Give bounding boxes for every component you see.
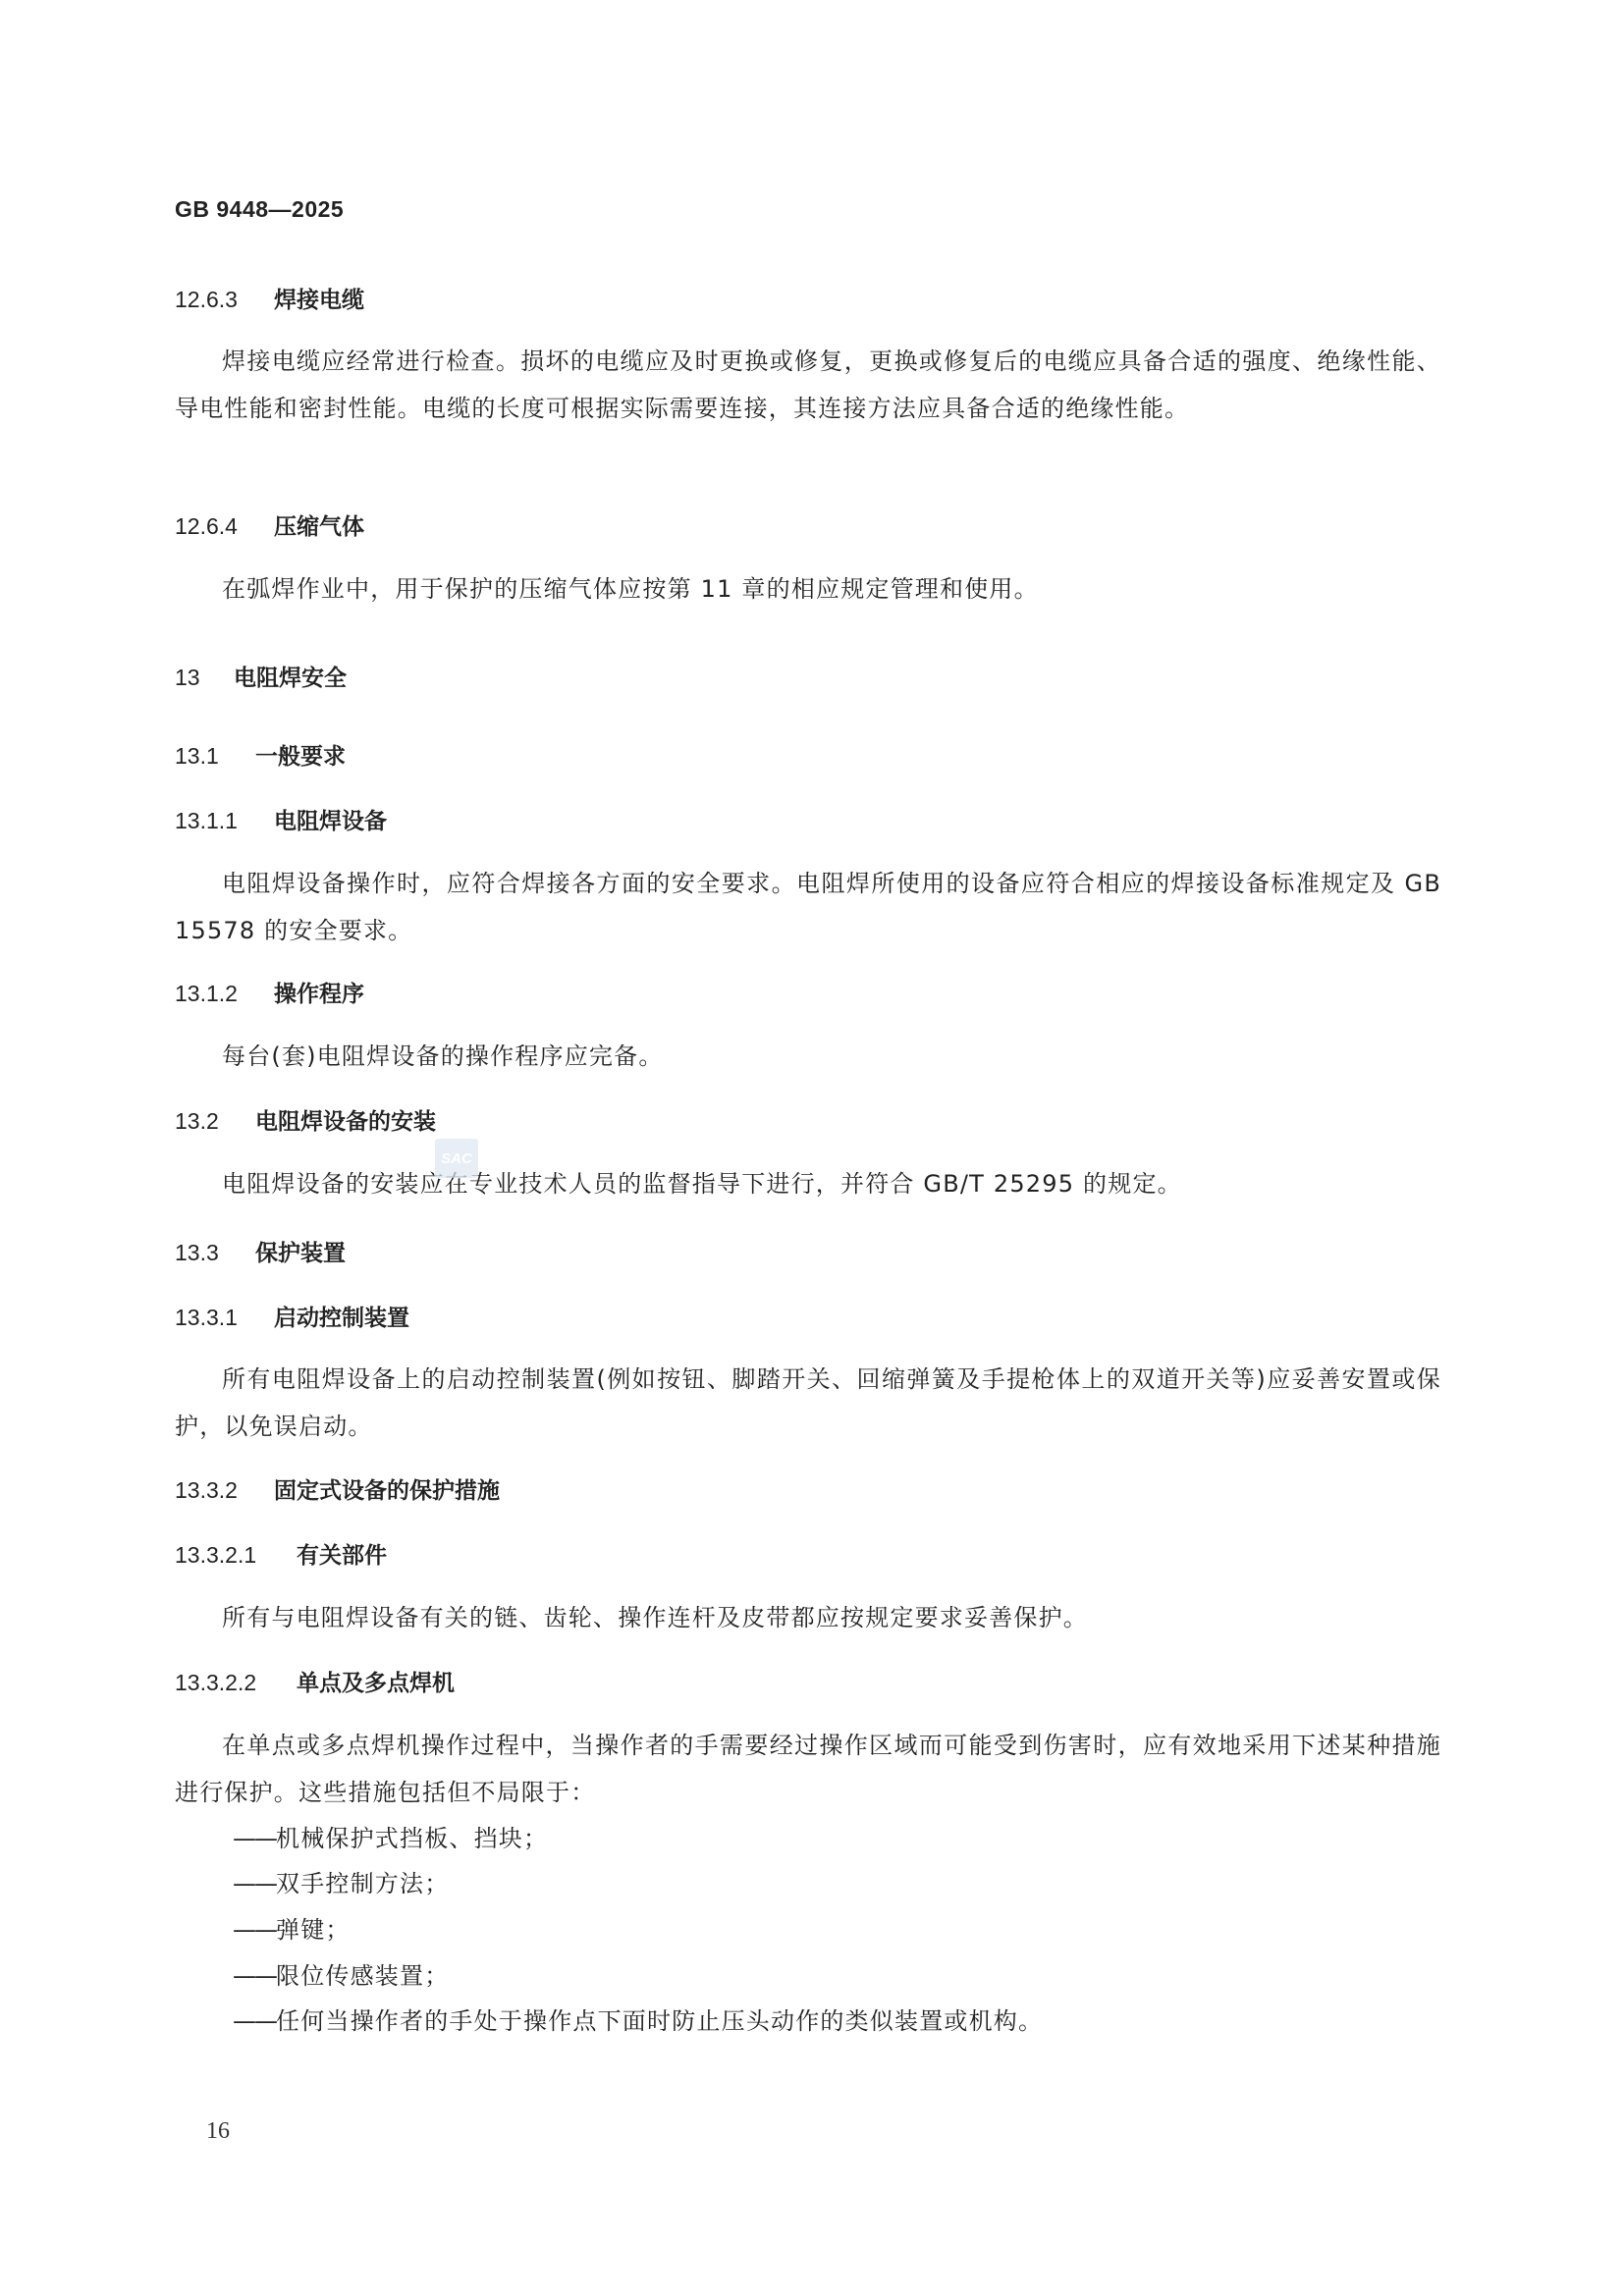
section-number: 13.3.2.2 <box>175 1670 297 1696</box>
paragraph: 电阻焊设备操作时，应符合焊接各方面的安全要求。电阻焊所使用的设备应符合相应的焊接… <box>175 860 1441 954</box>
section-13-3-2-1-body: 所有与电阻焊设备有关的链、齿轮、操作连杆及皮带都应按规定要求妥善保护。 <box>175 1594 1441 1641</box>
paragraph: 每台(套)电阻焊设备的操作程序应完备。 <box>175 1033 1441 1080</box>
list-dash: —— <box>233 2007 276 2035</box>
section-heading: 12.6.3焊接电缆 <box>175 282 1441 314</box>
section-12-6-3: 12.6.3焊接电缆 <box>175 282 1441 314</box>
list-dash: —— <box>233 1916 276 1944</box>
section-title: 一般要求 <box>255 738 346 771</box>
standard-id-header: GB 9448—2025 <box>175 196 344 223</box>
section-number: 13 <box>175 665 234 691</box>
section-number: 13.1.2 <box>175 981 274 1007</box>
section-13-3-1: 13.3.1启动控制装置 <box>175 1300 1441 1332</box>
section-13-3: 13.3保护装置 <box>175 1235 1441 1267</box>
section-title: 电阻焊安全 <box>234 660 347 692</box>
section-number: 13.2 <box>175 1108 255 1135</box>
section-number: 12.6.3 <box>175 287 274 313</box>
paragraph: 焊接电缆应经常进行检查。损坏的电缆应及时更换或修复，更换或修复后的电缆应具备合适… <box>175 338 1441 432</box>
page-number: 16 <box>206 2118 230 2145</box>
section-number: 13.3.2 <box>175 1477 274 1504</box>
section-title: 压缩气体 <box>274 508 364 541</box>
section-number: 12.6.4 <box>175 513 274 540</box>
section-heading: 13.1.2操作程序 <box>175 976 1441 1008</box>
section-heading: 13.3保护装置 <box>175 1235 1441 1267</box>
section-title: 启动控制装置 <box>274 1300 409 1332</box>
section-heading: 12.6.4压缩气体 <box>175 508 1441 541</box>
list-dash: —— <box>233 1962 276 1990</box>
section-title: 电阻焊设备的安装 <box>255 1103 436 1136</box>
section-13: 13电阻焊安全 <box>175 660 1441 692</box>
section-heading: 13.3.2.2单点及多点焊机 <box>175 1665 1441 1697</box>
section-heading: 13电阻焊安全 <box>175 660 1441 692</box>
section-13-3-2-2-body: 在单点或多点焊机操作过程中，当操作者的手需要经过操作区域而可能受到伤害时，应有效… <box>175 1722 1441 1816</box>
section-13-3-1-body: 所有电阻焊设备上的启动控制装置(例如按钮、脚踏开关、回缩弹簧及手提枪体上的双道开… <box>175 1356 1441 1450</box>
section-number: 13.3 <box>175 1240 255 1266</box>
section-heading: 13.3.1启动控制装置 <box>175 1300 1441 1332</box>
section-12-6-4: 12.6.4压缩气体 <box>175 508 1441 541</box>
section-title: 固定式设备的保护措施 <box>274 1472 500 1505</box>
paragraph: 所有与电阻焊设备有关的链、齿轮、操作连杆及皮带都应按规定要求妥善保护。 <box>175 1594 1441 1641</box>
section-title: 电阻焊设备 <box>274 803 387 835</box>
section-heading: 13.3.2.1有关部件 <box>175 1537 1441 1570</box>
section-13-1-1-body: 电阻焊设备操作时，应符合焊接各方面的安全要求。电阻焊所使用的设备应符合相应的焊接… <box>175 860 1441 954</box>
section-title: 操作程序 <box>274 976 364 1008</box>
paragraph: 所有电阻焊设备上的启动控制装置(例如按钮、脚踏开关、回缩弹簧及手提枪体上的双道开… <box>175 1356 1441 1450</box>
section-title: 保护装置 <box>255 1235 346 1267</box>
section-12-6-3-body: 焊接电缆应经常进行检查。损坏的电缆应及时更换或修复，更换或修复后的电缆应具备合适… <box>175 338 1441 432</box>
section-13-1: 13.1一般要求 <box>175 738 1441 771</box>
section-13-3-2: 13.3.2固定式设备的保护措施 <box>175 1472 1441 1505</box>
section-number: 13.1 <box>175 743 255 770</box>
section-13-2-body: 电阻焊设备的安装应在专业技术人员的监督指导下进行，并符合 GB/T 25295 … <box>175 1160 1441 1207</box>
section-number: 13.1.1 <box>175 808 274 834</box>
list-dash: —— <box>233 1825 276 1852</box>
list-item: ——机械保护式挡板、挡块； <box>233 1819 548 1853</box>
section-heading: 13.1一般要求 <box>175 738 1441 771</box>
list-item: ——双手控制方法； <box>233 1864 449 1898</box>
section-13-1-1: 13.1.1电阻焊设备 <box>175 803 1441 835</box>
section-number: 13.3.2.1 <box>175 1542 297 1569</box>
paragraph: 在弧焊作业中，用于保护的压缩气体应按第 11 章的相应规定管理和使用。 <box>175 565 1441 613</box>
section-number: 13.3.1 <box>175 1305 274 1331</box>
list-dash: —— <box>233 1870 276 1897</box>
document-page: GB 9448—2025 12.6.3焊接电缆 焊接电缆应经常进行检查。损坏的电… <box>0 0 1624 2296</box>
section-title: 单点及多点焊机 <box>297 1665 455 1697</box>
list-item: ——弹键； <box>233 1910 351 1945</box>
section-heading: 13.3.2固定式设备的保护措施 <box>175 1472 1441 1505</box>
section-13-1-2-body: 每台(套)电阻焊设备的操作程序应完备。 <box>175 1033 1441 1080</box>
section-13-3-2-2: 13.3.2.2单点及多点焊机 <box>175 1665 1441 1697</box>
sac-watermark-icon: SAC <box>435 1139 478 1178</box>
section-title: 焊接电缆 <box>274 282 364 314</box>
list-item: ——任何当操作者的手处于操作点下面时防止压头动作的类似装置或机构。 <box>233 2002 1043 2036</box>
section-heading: 13.2电阻焊设备的安装 <box>175 1103 1441 1136</box>
section-heading: 13.1.1电阻焊设备 <box>175 803 1441 835</box>
section-13-3-2-1: 13.3.2.1有关部件 <box>175 1537 1441 1570</box>
paragraph: 在单点或多点焊机操作过程中，当操作者的手需要经过操作区域而可能受到伤害时，应有效… <box>175 1722 1441 1816</box>
list-item: ——限位传感装置； <box>233 1956 449 1991</box>
section-12-6-4-body: 在弧焊作业中，用于保护的压缩气体应按第 11 章的相应规定管理和使用。 <box>175 565 1441 613</box>
section-title: 有关部件 <box>297 1537 387 1570</box>
section-13-1-2: 13.1.2操作程序 <box>175 976 1441 1008</box>
section-13-2: 13.2电阻焊设备的安装 <box>175 1103 1441 1136</box>
paragraph: 电阻焊设备的安装应在专业技术人员的监督指导下进行，并符合 GB/T 25295 … <box>175 1160 1441 1207</box>
